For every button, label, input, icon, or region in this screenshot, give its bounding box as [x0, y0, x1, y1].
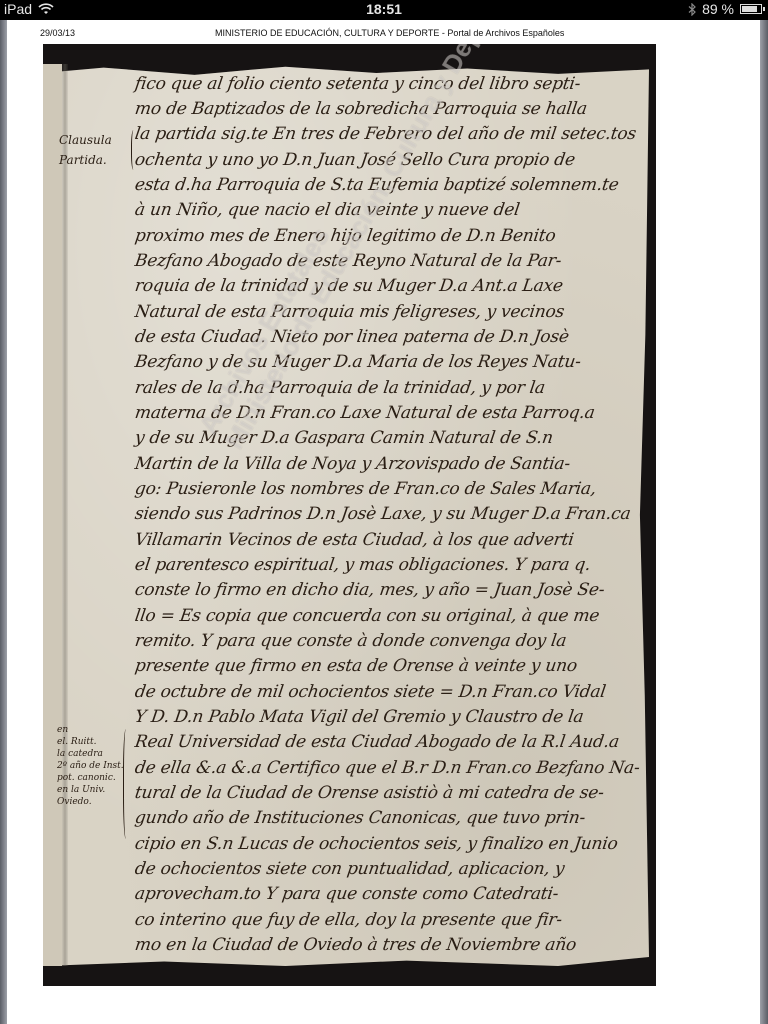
manuscript-line: Martin de la Villa de Noya y Arzovispado…: [134, 454, 572, 474]
manuscript-line: tural de la Ciudad de Orense asistiò à m…: [134, 783, 606, 803]
manuscript-line: el parentesco espiritual, y mas obligaci…: [134, 555, 592, 575]
manuscript-line: go: Pusieronle los nombres de Fran.co de…: [134, 479, 598, 499]
paper-margin-strip: [43, 64, 62, 966]
ios-status-bar: iPad 18:51 89 %: [0, 0, 768, 20]
print-date: 29/03/13: [40, 28, 75, 38]
manuscript-image: Clausula Partida. en el. Ruitt. la cated…: [43, 44, 656, 986]
manuscript-line: fico que al folio ciento setenta y cinco…: [134, 74, 582, 94]
manuscript-line: y de su Muger D.a Gaspara Camin Natural …: [134, 428, 555, 448]
manuscript-line: Bezfano y de su Muger D.a Maria de los R…: [134, 352, 583, 372]
manuscript-line: cipio en S.n Lucas de ochocientos seis, …: [134, 834, 619, 854]
battery-icon: [740, 4, 762, 14]
manuscript-line: conste lo firmo en dicho dia, mes, y año…: [134, 580, 606, 600]
margin-note-top: Clausula Partida.: [59, 130, 112, 170]
manuscript-line: siendo sus Padrinos D.n Josè Laxe, y su …: [134, 504, 632, 524]
manuscript-line: Villamarin Vecinos de esta Ciudad, à los…: [134, 530, 575, 550]
manuscript-line: gundo año de Instituciones Canonicas, qu…: [134, 808, 587, 828]
manuscript-line: de ella &.a &.a Certifico que el B.r D.n…: [134, 758, 641, 778]
bluetooth-icon: [688, 3, 696, 16]
manuscript-line: Natural de esta Parroquia mis feligreses…: [134, 302, 566, 322]
manuscript-line: mo en la Ciudad de Oviedo à tres de Novi…: [134, 935, 578, 955]
battery-percent: 89 %: [702, 1, 734, 17]
page-edge-right: [760, 20, 768, 1024]
manuscript-line: presente que firmo en esta de Orense à v…: [134, 656, 579, 676]
manuscript-line: rales de la d.ha Parroquia de la trinida…: [134, 378, 547, 398]
manuscript-line: Real Universidad de esta Ciudad Abogado …: [134, 732, 621, 752]
page-edge-left: [0, 20, 7, 1024]
margin-bracket-bottom: [123, 729, 130, 839]
paper-fold: [62, 64, 68, 966]
manuscript-line: roquia de la trinidad y de su Muger D.a …: [134, 276, 565, 296]
status-time: 18:51: [0, 1, 768, 17]
manuscript-line: Y D. D.n Pablo Mata Vigil del Gremio y C…: [134, 707, 585, 727]
manuscript-line: llo = Es copia que concuerda con su orig…: [134, 606, 601, 626]
manuscript-line: co interino que fuy de ella, doy la pres…: [134, 910, 564, 930]
print-title: MINISTERIO DE EDUCACIÓN, CULTURA Y DEPOR…: [215, 28, 564, 38]
manuscript-line: mo de Baptizados de la sobredicha Parroq…: [134, 99, 589, 119]
status-right: 89 %: [688, 1, 762, 17]
manuscript-line: de ochocientos siete con puntualidad, ap…: [134, 859, 566, 879]
manuscript-line: de octubre de mil ochocientos siete = D.…: [134, 682, 607, 702]
margin-note-bottom: en el. Ruitt. la catedra 2º año de Inst.…: [57, 724, 124, 808]
manuscript-line: de esta Ciudad. Nieto por linea paterna …: [134, 327, 571, 347]
manuscript-line: aprovecham.to Y para que conste como Cat…: [134, 884, 560, 904]
manuscript-line: remito. Y para que conste à donde conven…: [134, 631, 568, 651]
